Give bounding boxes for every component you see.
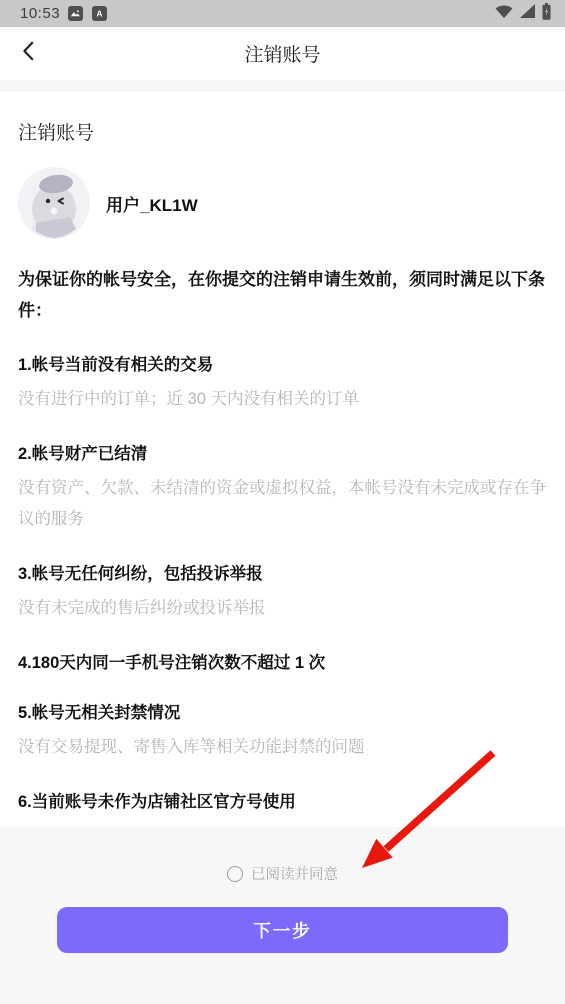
status-icons-right <box>495 3 555 25</box>
letter-a-notification-icon: A <box>92 6 107 21</box>
condition-title: 6.当前账号未作为店铺社区官方号使用 <box>18 791 547 813</box>
app-header: 注销账号 <box>0 27 565 80</box>
cancel-account-screen: 10:53 A 注销账号 <box>0 0 565 1004</box>
username: 用户_KL1W <box>106 191 198 216</box>
condition-item: 3.帐号无任何纠纷，包括投诉举报 没有未完成的售后纠纷或投诉举报 <box>18 563 547 624</box>
notification-icons: A <box>68 6 107 21</box>
back-button[interactable] <box>6 31 52 77</box>
chevron-left-icon <box>18 40 40 67</box>
agree-label[interactable]: 已阅读并同意 <box>251 863 338 884</box>
condition-item: 6.当前账号未作为店铺社区官方号使用 <box>18 791 547 813</box>
clock-text: 10:53 <box>20 5 60 22</box>
cellular-signal-icon <box>519 4 536 24</box>
profile-row: 用户_KL1W <box>18 167 547 239</box>
condition-title: 2.帐号财产已结清 <box>18 443 547 465</box>
condition-desc: 没有资产、欠款、未结清的资金或虚拟权益，本帐号没有未完成或存在争议的服务 <box>18 473 547 535</box>
content-area[interactable]: 注销账号 用户_KL1W 为保证你的帐号安全，在你提交的注销申请生效前，须同时满… <box>0 92 565 827</box>
agree-row[interactable]: 已阅读并同意 <box>0 863 565 884</box>
header-divider <box>0 80 565 92</box>
wifi-icon <box>495 4 513 24</box>
condition-item: 4.180天内同一手机号注销次数不超过 1 次 <box>18 652 547 674</box>
battery-charging-icon <box>542 3 551 25</box>
next-step-button[interactable]: 下一步 <box>57 907 508 953</box>
condition-title: 5.帐号无相关封禁情况 <box>18 702 547 724</box>
condition-title: 4.180天内同一手机号注销次数不超过 1 次 <box>18 652 547 674</box>
condition-item: 2.帐号财产已结清 没有资产、欠款、未结清的资金或虚拟权益，本帐号没有未完成或存… <box>18 443 547 535</box>
condition-desc: 没有交易提现、寄售入库等相关功能封禁的问题 <box>18 732 547 763</box>
photo-notification-icon <box>68 6 83 21</box>
condition-desc: 没有未完成的售后纠纷或投诉举报 <box>18 593 547 624</box>
svg-text:A: A <box>97 10 103 19</box>
intro-text: 为保证你的帐号安全，在你提交的注销申请生效前，须同时满足以下条件： <box>18 264 547 326</box>
condition-desc: 没有进行中的订单；近 30 天内没有相关的订单 <box>18 384 547 415</box>
page-title: 注销账号 <box>0 40 565 67</box>
condition-item: 1.帐号当前没有相关的交易 没有进行中的订单；近 30 天内没有相关的订单 <box>18 354 547 415</box>
condition-title: 1.帐号当前没有相关的交易 <box>18 354 547 376</box>
condition-item: 5.帐号无相关封禁情况 没有交易提现、寄售入库等相关功能封禁的问题 <box>18 702 547 763</box>
footer-panel: 已阅读并同意 下一步 <box>0 827 565 1004</box>
status-bar: 10:53 A <box>0 0 565 27</box>
avatar <box>18 167 90 239</box>
agree-checkbox[interactable] <box>227 866 243 882</box>
section-title: 注销账号 <box>18 118 547 145</box>
condition-title: 3.帐号无任何纠纷，包括投诉举报 <box>18 563 547 585</box>
